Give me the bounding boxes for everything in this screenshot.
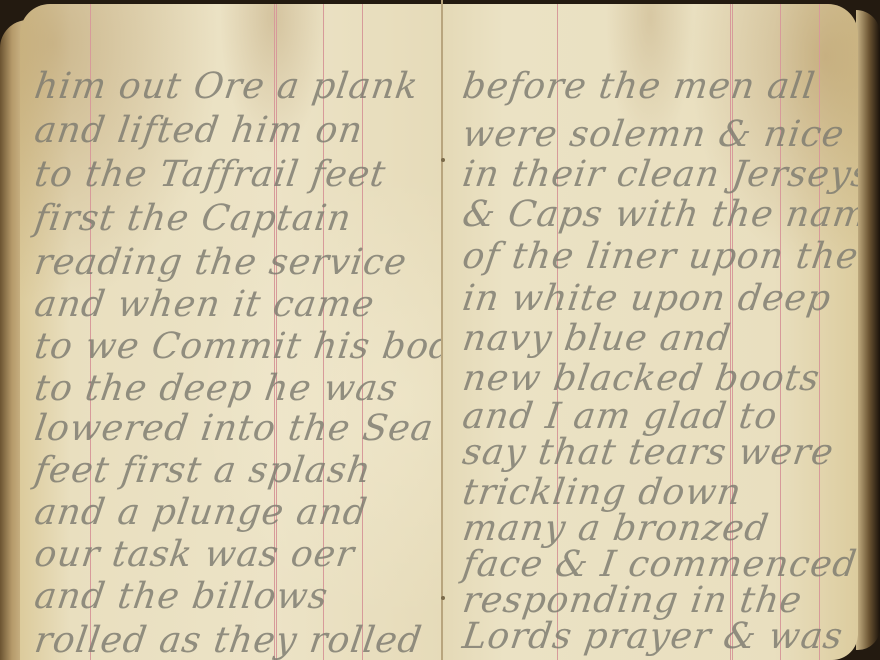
handwritten-line: Lords prayer & was — [460, 616, 846, 657]
handwritten-line: lowered into the Sea — [32, 408, 436, 449]
handwritten-line: many a bronzed — [460, 508, 772, 549]
handwritten-line: & Caps with the name — [460, 194, 858, 235]
handwritten-line: before the men all — [460, 66, 818, 107]
handwritten-line: of the liner upon them — [460, 236, 858, 277]
binding-stitch — [441, 596, 445, 600]
handwritten-line: new blacked boots — [460, 358, 823, 399]
right-page-edges — [856, 10, 880, 650]
handwritten-line: and the billows — [32, 576, 331, 617]
handwritten-line: responding in the — [460, 580, 805, 621]
right-page: before the men all were solemn & nice in… — [442, 4, 858, 660]
notebook-spread: him out Ore a plank and lifted him on to… — [0, 0, 880, 660]
handwritten-line: in their clean Jerseys — [460, 154, 858, 195]
handwritten-line: rolled as they rolled — [32, 620, 425, 660]
handwritten-line: in white upon deep — [460, 278, 834, 319]
handwritten-line: and I am glad to — [460, 396, 780, 437]
handwritten-line: feet first a splash — [32, 450, 374, 491]
handwritten-line: to the deep he was — [32, 368, 401, 409]
handwritten-line: and lifted him on — [32, 110, 366, 151]
handwritten-line: trickling down — [460, 472, 744, 513]
handwritten-line: say that tears were — [460, 432, 837, 473]
handwritten-line: reading the service — [32, 242, 410, 283]
handwritten-line: to the Taffrail feet — [32, 154, 389, 195]
handwritten-line: and when it came — [32, 284, 377, 325]
binding-stitch — [441, 158, 445, 162]
book-gutter — [441, 0, 443, 660]
handwritten-line: first the Captain — [32, 198, 354, 239]
handwritten-line: were solemn & nice — [460, 114, 847, 155]
handwritten-line: our task was oer — [32, 534, 357, 575]
handwritten-line: navy blue and — [460, 318, 734, 359]
handwritten-line: him out Ore a plank — [32, 66, 421, 107]
left-page: him out Ore a plank and lifted him on to… — [20, 4, 442, 660]
handwritten-line: face & I commenced — [460, 544, 858, 585]
handwritten-line: and a plunge and — [32, 492, 370, 533]
handwritten-line: to we Commit his body — [32, 326, 442, 367]
